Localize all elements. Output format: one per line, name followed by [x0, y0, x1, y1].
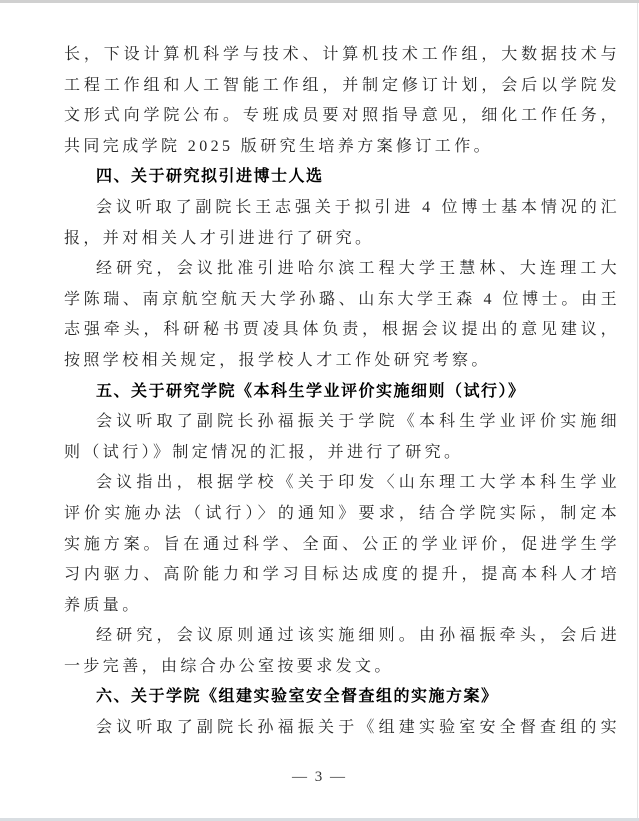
text-line: 工程工作组和人工智能工作组，并制定修订计划，会后以学院发 — [64, 71, 620, 102]
text-line: 经研究，会议批准引进哈尔滨工程大学王慧林、大连理工大 — [64, 254, 620, 285]
text-line: 评价实施办法（试行）〉的通知》要求，结合学院实际，制定本 — [64, 499, 620, 530]
text-line: 一步完善，由综合办公室按要求发文。 — [64, 652, 620, 683]
document-lines: 长，下设计算机科学与技术、计算机技术工作组，大数据技术与工程工作组和人工智能工作… — [64, 40, 620, 744]
text-line: 按照学校相关规定，报学校人才工作处研究考察。 — [64, 346, 620, 377]
text-line: 习内驱力、高阶能力和学习目标达成度的提升，提高本科人才培 — [64, 560, 620, 591]
text-line: 养质量。 — [64, 591, 620, 622]
page-top-edge — [0, 0, 639, 3]
text-line: 会议听取了副院长孙福振关于《组建实验室安全督查组的实 — [64, 713, 620, 744]
text-line: 共同完成学院 2025 版研究生培养方案修订工作。 — [64, 132, 620, 163]
text-line: 会议听取了副院长王志强关于拟引进 4 位博士基本情况的汇 — [64, 193, 620, 224]
text-line: 会议指出，根据学校《关于印发〈山东理工大学本科生学业 — [64, 468, 620, 499]
text-line: 则（试行）》制定情况的汇报，并进行了研究。 — [64, 438, 620, 469]
section-heading: 五、关于研究学院《本科生学业评价实施细则（试行）》 — [64, 377, 620, 408]
document-page: 长，下设计算机科学与技术、计算机技术工作组，大数据技术与工程工作组和人工智能工作… — [0, 0, 639, 821]
page-number: — 3 — — [0, 762, 639, 792]
text-line: 经研究，会议原则通过该实施细则。由孙福振牵头，会后进 — [64, 621, 620, 652]
text-line: 学陈瑞、南京航空航天大学孙璐、山东大学王森 4 位博士。由王 — [64, 285, 620, 316]
section-heading: 六、关于学院《组建实验室安全督查组的实施方案》 — [64, 682, 620, 713]
text-line: 长，下设计算机科学与技术、计算机技术工作组，大数据技术与 — [64, 40, 620, 71]
text-line: 实施方案。旨在通过科学、全面、公正的学业评价，促进学生学 — [64, 530, 620, 561]
text-line: 会议听取了副院长孙福振关于学院《本科生学业评价实施细 — [64, 407, 620, 438]
text-line: 志强牵头，科研秘书贾凌具体负责，根据会议提出的意见建议， — [64, 315, 620, 346]
text-line: 报，并对相关人才引进进行了研究。 — [64, 224, 620, 255]
page-right-edge — [637, 3, 638, 818]
section-heading: 四、关于研究拟引进博士人选 — [64, 162, 620, 193]
text-line: 文形式向学院公布。专班成员要对照指导意见，细化工作任务， — [64, 101, 620, 132]
